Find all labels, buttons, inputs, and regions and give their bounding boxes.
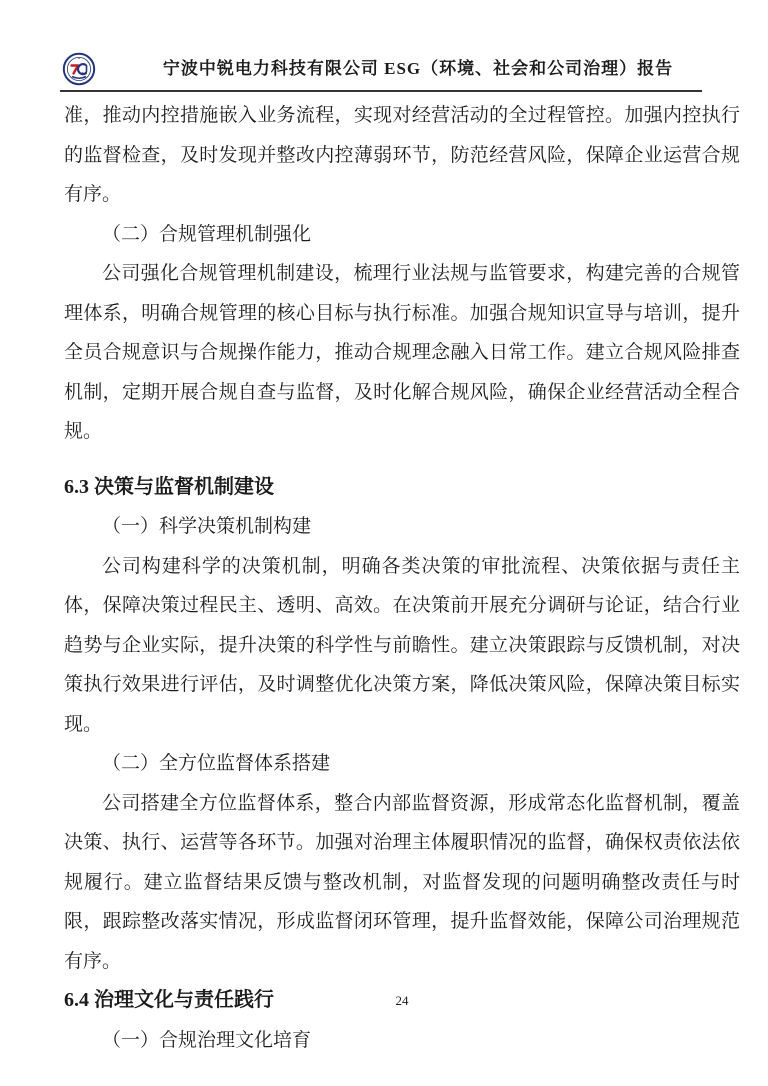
paragraph-scientific-decision: 公司构建科学的决策机制，明确各类决策的审批流程、决策依据与责任主体，保障决策过程… xyxy=(64,547,740,745)
subheading-scientific-decision: （一）科学决策机制构建 xyxy=(64,507,740,547)
subheading-compliance-mechanism: （二）合规管理机制强化 xyxy=(64,215,740,255)
paragraph-compliance-mechanism: 公司强化合规管理机制建设，梳理行业法规与监管要求，构建完善的合规管理体系，明确合… xyxy=(64,254,740,452)
report-title: 宁波中锐电力科技有限公司 ESG（环境、社会和公司治理）报告 xyxy=(96,52,740,86)
subheading-compliance-culture: （一）合规治理文化培育 xyxy=(64,1021,740,1061)
header-divider xyxy=(60,90,702,92)
company-logo-icon xyxy=(62,52,96,86)
page-header: 宁波中锐电力科技有限公司 ESG（环境、社会和公司治理）报告 xyxy=(60,50,740,88)
section-heading-6-3: 6.3 决策与监督机制建设 xyxy=(64,468,740,508)
subheading-supervision-system: （二）全方位监督体系搭建 xyxy=(64,744,740,784)
paragraph-supervision-system: 公司搭建全方位监督体系，整合内部监督资源，形成常态化监督机制，覆盖决策、执行、运… xyxy=(64,784,740,982)
document-page: 宁波中锐电力科技有限公司 ESG（环境、社会和公司治理）报告 准，推动内控措施嵌… xyxy=(0,0,768,1086)
document-body: 准，推动内控措施嵌入业务流程，实现对经营活动的全过程管控。加强内控执行的监督检查… xyxy=(64,96,740,1060)
paragraph-internal-control: 准，推动内控措施嵌入业务流程，实现对经营活动的全过程管控。加强内控执行的监督检查… xyxy=(64,96,740,215)
page-number: 24 xyxy=(64,993,740,1009)
